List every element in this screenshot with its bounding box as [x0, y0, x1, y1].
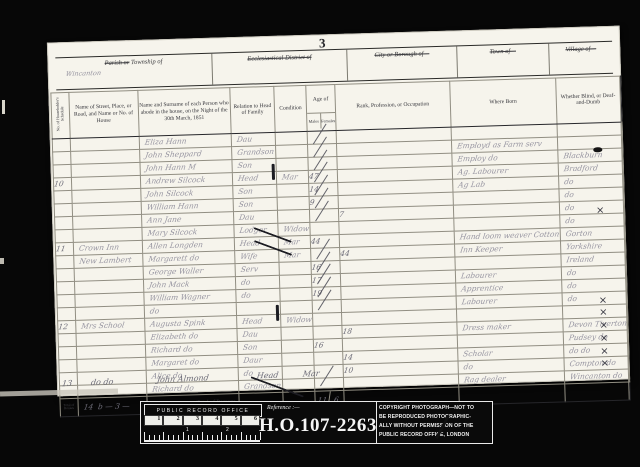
- cell-schedule: [56, 255, 74, 269]
- ruler-number: 1: [144, 415, 163, 426]
- header-field-1: Ecclesiastical District of: [212, 50, 348, 85]
- totals-houses-value: 14 b — 3 —: [77, 396, 146, 416]
- cell-blank: [622, 148, 623, 161]
- cell-ageM: [307, 144, 336, 158]
- cell-schedule: [55, 216, 73, 230]
- reference-number: H.O.107-2263: [259, 415, 377, 437]
- cell-condition: Widow: [281, 313, 313, 327]
- cell-blank: [625, 252, 626, 265]
- col-condition: Condition: [274, 85, 307, 132]
- totals-houses-label: Total of Houses: [60, 398, 78, 417]
- cell-blank: [626, 278, 627, 291]
- cell-condition: [280, 300, 312, 314]
- cell-condition: [281, 326, 313, 340]
- cell-ageM: [312, 299, 341, 313]
- cell-ageM: [313, 325, 342, 339]
- cell-schedule: [57, 294, 75, 308]
- cell-condition: [280, 287, 312, 301]
- cell-blank: [624, 226, 625, 239]
- ruler-number: 2: [163, 415, 182, 426]
- scan-speck: [2, 100, 5, 114]
- census-sheet: 3 Parish or Township ofWincantonEcclesia…: [47, 26, 630, 397]
- cell-blank: [625, 265, 626, 278]
- cell-ageM: 17: [311, 273, 340, 287]
- copyright-notice: COPYRIGHT PHOTOGRAPH—NOT TOBE REPRODUCED…: [379, 404, 491, 440]
- cell-ageM: 14: [309, 183, 338, 197]
- cell-schedule: 11: [55, 242, 73, 256]
- cell-schedule: [53, 151, 71, 165]
- cell-condition: [278, 209, 310, 223]
- cell-condition: [279, 261, 311, 275]
- ruler-ticks: 12: [144, 427, 260, 442]
- cell-relation: Head: [234, 236, 279, 250]
- cell-relation: Dau: [237, 327, 282, 341]
- copyright-line: BE REPRODUCED PHOTOGRAPHIC-: [379, 413, 491, 422]
- ruler-number: 3: [183, 415, 202, 426]
- cell-condition: Mar: [278, 235, 310, 249]
- cell-relation: Son: [232, 158, 277, 172]
- cell-blank: [626, 304, 627, 317]
- cell-ageM: [309, 208, 338, 222]
- cell-ageM: 44: [310, 234, 339, 248]
- header-field-0: Parish or Township ofWincanton: [55, 54, 213, 90]
- cell-ageM: [310, 221, 339, 235]
- header-field-4: Village of—: [549, 42, 613, 75]
- cell-relation: Head: [232, 171, 277, 185]
- cell-blank: [624, 213, 625, 226]
- cell-condition: Mar: [277, 170, 309, 184]
- cell-ageM: 19: [312, 286, 341, 300]
- col-relation: Relation to Head of Family: [230, 86, 276, 133]
- pro-reference-stamp: PUBLIC RECORD OFFICE 123456 12 Reference…: [140, 401, 493, 444]
- scan-speck: [0, 258, 4, 264]
- cell-blank: [627, 317, 628, 330]
- col-age: Age of Males Females: [306, 85, 336, 132]
- cell-relation: do: [235, 275, 280, 289]
- cell-schedule: [55, 229, 73, 243]
- cell-schedule: [59, 359, 77, 373]
- cell-ageM: 16: [311, 260, 340, 274]
- cell-schedule: [52, 138, 70, 152]
- cell-schedule: [58, 333, 76, 347]
- cell-schedule: [54, 190, 72, 204]
- cell-condition: [275, 131, 307, 145]
- cell-condition: [280, 274, 312, 288]
- ruler-number: 6: [241, 415, 260, 426]
- cell-condition: [282, 352, 314, 366]
- cell-schedule: [58, 346, 76, 360]
- cell-condition: Mar: [279, 248, 311, 262]
- cell-blank: [623, 174, 624, 187]
- cell-blank: [623, 200, 624, 213]
- cell-condition: [276, 144, 308, 158]
- cell-blank: [621, 122, 622, 135]
- col-occupation: Rank, Profession, or Occupation: [335, 81, 451, 130]
- cell-schedule: [57, 307, 75, 321]
- cell-relation: Dau: [231, 132, 276, 146]
- col-schedule-no: No. of Householder's Schedule: [51, 92, 70, 138]
- copyright-line: COPYRIGHT PHOTOGRAPH—NOT TO: [379, 404, 491, 413]
- cell-blank: [626, 291, 627, 304]
- ruler-number: 5: [221, 415, 240, 426]
- col-blind-deaf: Whether Blind, or Deaf-and-Dumb: [555, 76, 621, 124]
- header-field-3: Town of—: [457, 44, 550, 78]
- scanned-census-page: { "page": { "number": "3" }, "header_fie…: [0, 0, 640, 467]
- cell-schedule: [54, 203, 72, 217]
- cell-ageM: 16: [313, 338, 342, 352]
- cell-ageM: [314, 351, 343, 365]
- col-street: Name of Street, Place, or Road, and Name…: [68, 90, 138, 138]
- cell-schedule: [56, 268, 74, 282]
- cell-condition: [277, 183, 309, 197]
- cell-relation: Son: [232, 184, 277, 198]
- cell-blank: [628, 343, 629, 356]
- copyright-line: ALLY WITHOUT PERMISSION OF THE: [379, 422, 491, 431]
- col-where-born: Where Born: [450, 78, 557, 127]
- cell-ageM: [308, 157, 337, 171]
- cell-schedule: [53, 164, 71, 178]
- cell-relation: do: [236, 288, 281, 302]
- cell-ageM: [312, 312, 341, 326]
- cell-blank: [627, 330, 628, 343]
- cell-relation: Grandson: [231, 145, 276, 159]
- cell-blank: [624, 239, 625, 252]
- col-age-males: Males: [307, 114, 321, 129]
- ruler-number: 4: [202, 415, 221, 426]
- cell-relation: Serv: [235, 262, 280, 276]
- cell-blank: [622, 161, 623, 174]
- cell-ageM: 9: [309, 195, 338, 209]
- ruler-inches: 123456: [144, 415, 260, 426]
- cell-ageM: 47: [308, 170, 337, 184]
- col-age-females: Females: [321, 114, 335, 129]
- cell-relation: Lodger: [234, 223, 279, 237]
- cell-condition: [282, 339, 314, 353]
- cell-schedule: 12: [58, 320, 76, 334]
- cell-ageM: [311, 247, 340, 261]
- cell-condition: [276, 157, 308, 171]
- cell-condition: [277, 196, 309, 210]
- cell-relation: [236, 301, 281, 315]
- col-name-surname: Name and Surname of each Person who abod…: [137, 88, 231, 137]
- cell-schedule: 10: [53, 177, 71, 191]
- cell-blank: [628, 369, 629, 382]
- cell-relation: Wife: [234, 249, 279, 263]
- cell-blank: [623, 187, 624, 200]
- cell-relation: Head: [236, 314, 281, 328]
- cell-schedule: [56, 281, 74, 295]
- cell-blank: [621, 135, 622, 148]
- header-field-2: City or Borough of—: [347, 46, 458, 80]
- cell-ageM: [307, 131, 336, 145]
- cell-relation: Son: [233, 197, 278, 211]
- cell-condition: Widow: [278, 222, 310, 236]
- reference-label: Reference :—: [267, 405, 300, 411]
- cell-relation: Son: [237, 340, 282, 354]
